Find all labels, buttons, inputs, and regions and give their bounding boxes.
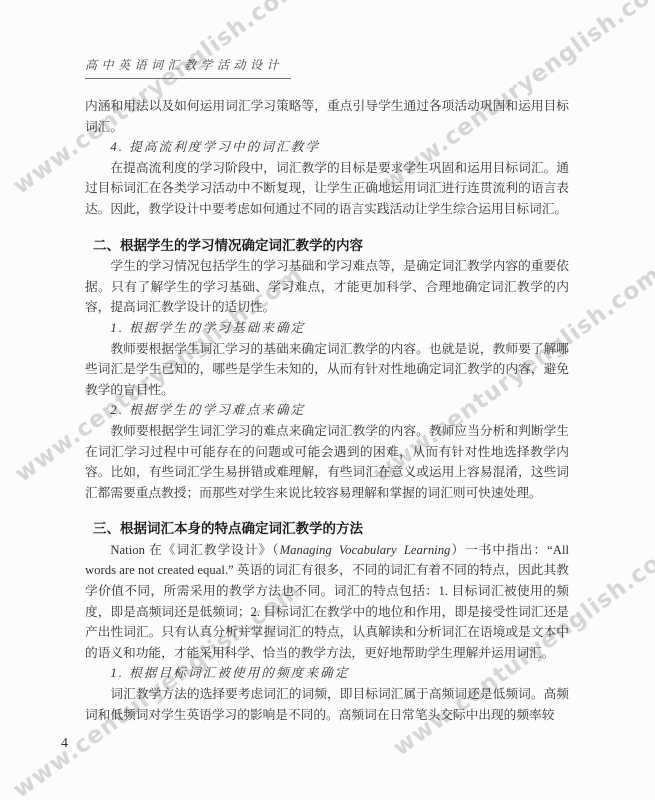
subsection-heading: 1. 根据目标词汇被使用的频度来确定 [85, 663, 569, 684]
paragraph: 教师要根据学生词汇学习的基础来确定词汇教学的内容。也就是说，教师要了解哪些词汇是… [85, 339, 569, 401]
paragraph: 在提高流利度的学习阶段中，词汇教学的目标是要求学生巩固和运用目标词汇。通过目标词… [85, 158, 569, 220]
page-number: 4 [61, 736, 68, 752]
nation-paragraph-text: ）一书中指出：“All words are not created equal.… [85, 543, 569, 660]
subsection-heading: 2. 根据学生的学习难点来确定 [85, 400, 569, 421]
nation-paragraph: Nation 在《词汇教学设计》（Managing Vocabulary Lea… [85, 540, 569, 664]
page-content: 内涵和用法以及如何运用词汇学习策略等，重点引导学生通过各项活动巩固和运用目标词汇… [85, 96, 569, 725]
paragraph-continuation: 内涵和用法以及如何运用词汇学习策略等，重点引导学生通过各项活动巩固和运用目标词汇… [85, 96, 569, 137]
paragraph: 学生的学习情况包括学生的学习基础和学习难点等，是确定词汇教学内容的重要依据。只有… [85, 256, 569, 318]
paragraph: 教师要根据学生词汇学习的难点来确定词汇教学的内容。教师应当分析和判断学生在词汇学… [85, 421, 569, 503]
subsection-heading: 1. 根据学生的学习基础来确定 [85, 318, 569, 339]
paragraph: 词汇教学方法的选择要考虑词汇的词频，即目标词汇属于高频词还是低频词。高频词和低频… [85, 684, 569, 725]
nation-paragraph-text: Nation 在《词汇教学设计》（ [110, 543, 279, 557]
section-heading: 三、根据词汇本身的特点确定词汇教学的方法 [85, 519, 569, 540]
book-page: www.centuryenglish.com www.centuryenglis… [0, 0, 655, 800]
page-header: 高中英语词汇教学活动设计 [85, 56, 291, 79]
running-title: 高中英语词汇教学活动设计 [85, 56, 291, 79]
section-heading: 二、根据学生的学习情况确定词汇教学的内容 [85, 236, 569, 257]
subsection-heading: 4. 提高流利度学习中的词汇教学 [85, 137, 569, 158]
book-title-italic: Managing Vocabulary Learning [280, 543, 451, 557]
